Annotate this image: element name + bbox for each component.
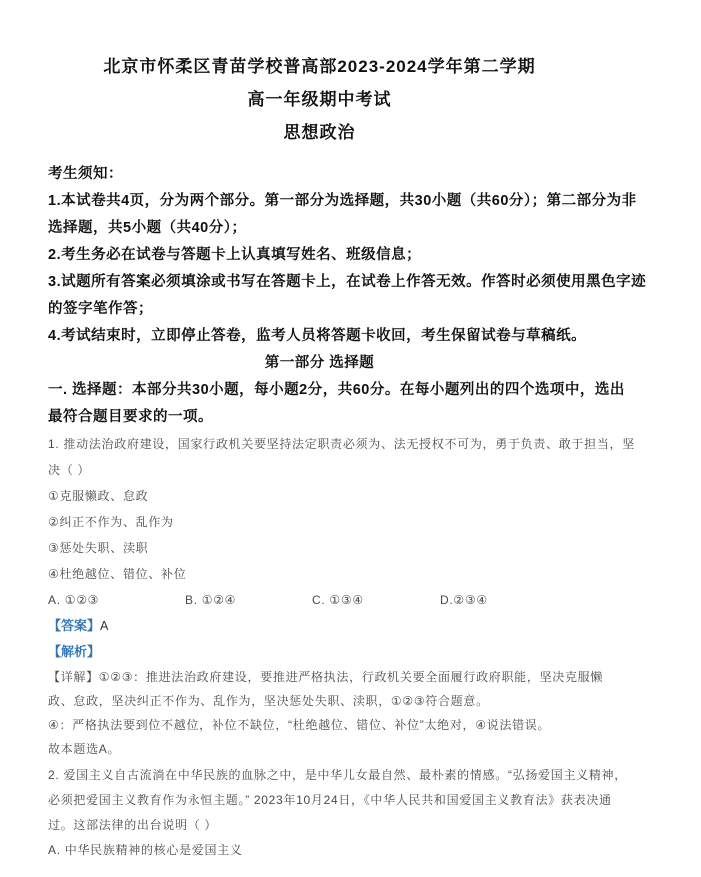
choice-a: A. ①②③ (48, 587, 185, 613)
question-2-choice-a: A. 中华民族精神的核心是爱国主义 (48, 838, 591, 863)
answer-value: A (100, 619, 109, 633)
section-intro-line-1: 一. 选择题：本部分共30小题，每小题2分，共60分。在每小题列出的四个选项中，… (48, 377, 591, 404)
choice-c: C. ①③④ (312, 587, 440, 613)
question-1-choices-row: A. ①②③ B. ①②④ C. ①③④ D.②③④ (48, 587, 591, 613)
exam-title-line-1: 北京市怀柔区青苗学校普高部2023-2024学年第二学期 (48, 50, 591, 83)
answer-line: 【答案】A (48, 613, 591, 639)
question-1: 1. 推动法治政府建设，国家行政机关要坚持法定职责必须为、法无授权不可为，勇于负… (48, 431, 591, 761)
answer-label: 【答案】 (48, 618, 100, 633)
exam-title-line-3: 思想政治 (48, 116, 591, 149)
detail-line-3: ④：严格执法要到位不越位，补位不缺位，“杜绝越位、错位、补位”太绝对，④说法错误… (48, 713, 591, 737)
detail-conclusion: 故本题选A。 (48, 737, 591, 761)
question-1-item-3: ③惩处失职、渎职 (48, 535, 591, 561)
question-1-item-1: ①克服懒政、怠政 (48, 483, 591, 509)
detail-line-2: 政、怠政，坚决纠正不作为、乱作为，坚决惩处失职、渎职，①②③符合题意。 (48, 689, 591, 713)
question-2-stem-line-1: 2. 爱国主义自古流淌在中华民族的血脉之中，是中华儿女最自然、最朴素的情感。“弘… (48, 763, 591, 788)
detail-line-1: 【详解】①②③：推进法治政府建设，要推进严格执法，行政机关要全面履行政府职能，坚… (48, 665, 591, 689)
section-heading: 第一部分 选择题 (48, 350, 591, 377)
question-2-stem-line-3: 过。这部法律的出台说明（ ） (48, 813, 591, 838)
notice-line-1: 1.本试卷共4页，分为两个部分。第一部分为选择题，共30小题（共60分）；第二部… (48, 188, 591, 215)
notice-line-4: 3.试题所有答案必须填涂或书写在答题卡上，在试卷上作答无效。作答时必须使用黑色字… (48, 269, 591, 296)
notice-line-3: 2.考生务必在试卷与答题卡上认真填写姓名、班级信息； (48, 242, 591, 269)
notice-line-5: 的签字笔作答； (48, 296, 591, 323)
exam-title-block: 北京市怀柔区青苗学校普高部2023-2024学年第二学期 高一年级期中考试 思想… (48, 50, 591, 149)
notice-line-6: 4.考试结束时，立即停止答卷，监考人员将答题卡收回，考生保留试卷与草稿纸。 (48, 323, 591, 350)
question-1-item-4: ④杜绝越位、错位、补位 (48, 561, 591, 587)
candidate-notice-block: 考生须知： 1.本试卷共4页，分为两个部分。第一部分为选择题，共30小题（共60… (48, 161, 591, 350)
analysis-label-line: 【解析】 (48, 639, 591, 665)
analysis-label: 【解析】 (48, 644, 100, 659)
section-intro-line-2: 最符合题目要求的一项。 (48, 404, 591, 431)
exam-document-page: 北京市怀柔区青苗学校普高部2023-2024学年第二学期 高一年级期中考试 思想… (0, 0, 701, 877)
question-2: 2. 爱国主义自古流淌在中华民族的血脉之中，是中华儿女最自然、最朴素的情感。“弘… (48, 763, 591, 863)
question-2-stem-line-2: 必须把爱国主义教育作为永恒主题。” 2023年10月24日，《中华人民共和国爱国… (48, 788, 591, 813)
question-1-stem-line-2: 决（ ） (48, 457, 591, 483)
notice-heading: 考生须知： (48, 161, 591, 188)
question-1-item-2: ②纠正不作为、乱作为 (48, 509, 591, 535)
question-1-stem-line-1: 1. 推动法治政府建设，国家行政机关要坚持法定职责必须为、法无授权不可为，勇于负… (48, 431, 591, 457)
notice-line-2: 选择题，共5小题（共40分）； (48, 215, 591, 242)
exam-title-line-2: 高一年级期中考试 (48, 83, 591, 116)
choice-b: B. ①②④ (185, 587, 312, 613)
choice-d: D.②③④ (440, 587, 488, 613)
